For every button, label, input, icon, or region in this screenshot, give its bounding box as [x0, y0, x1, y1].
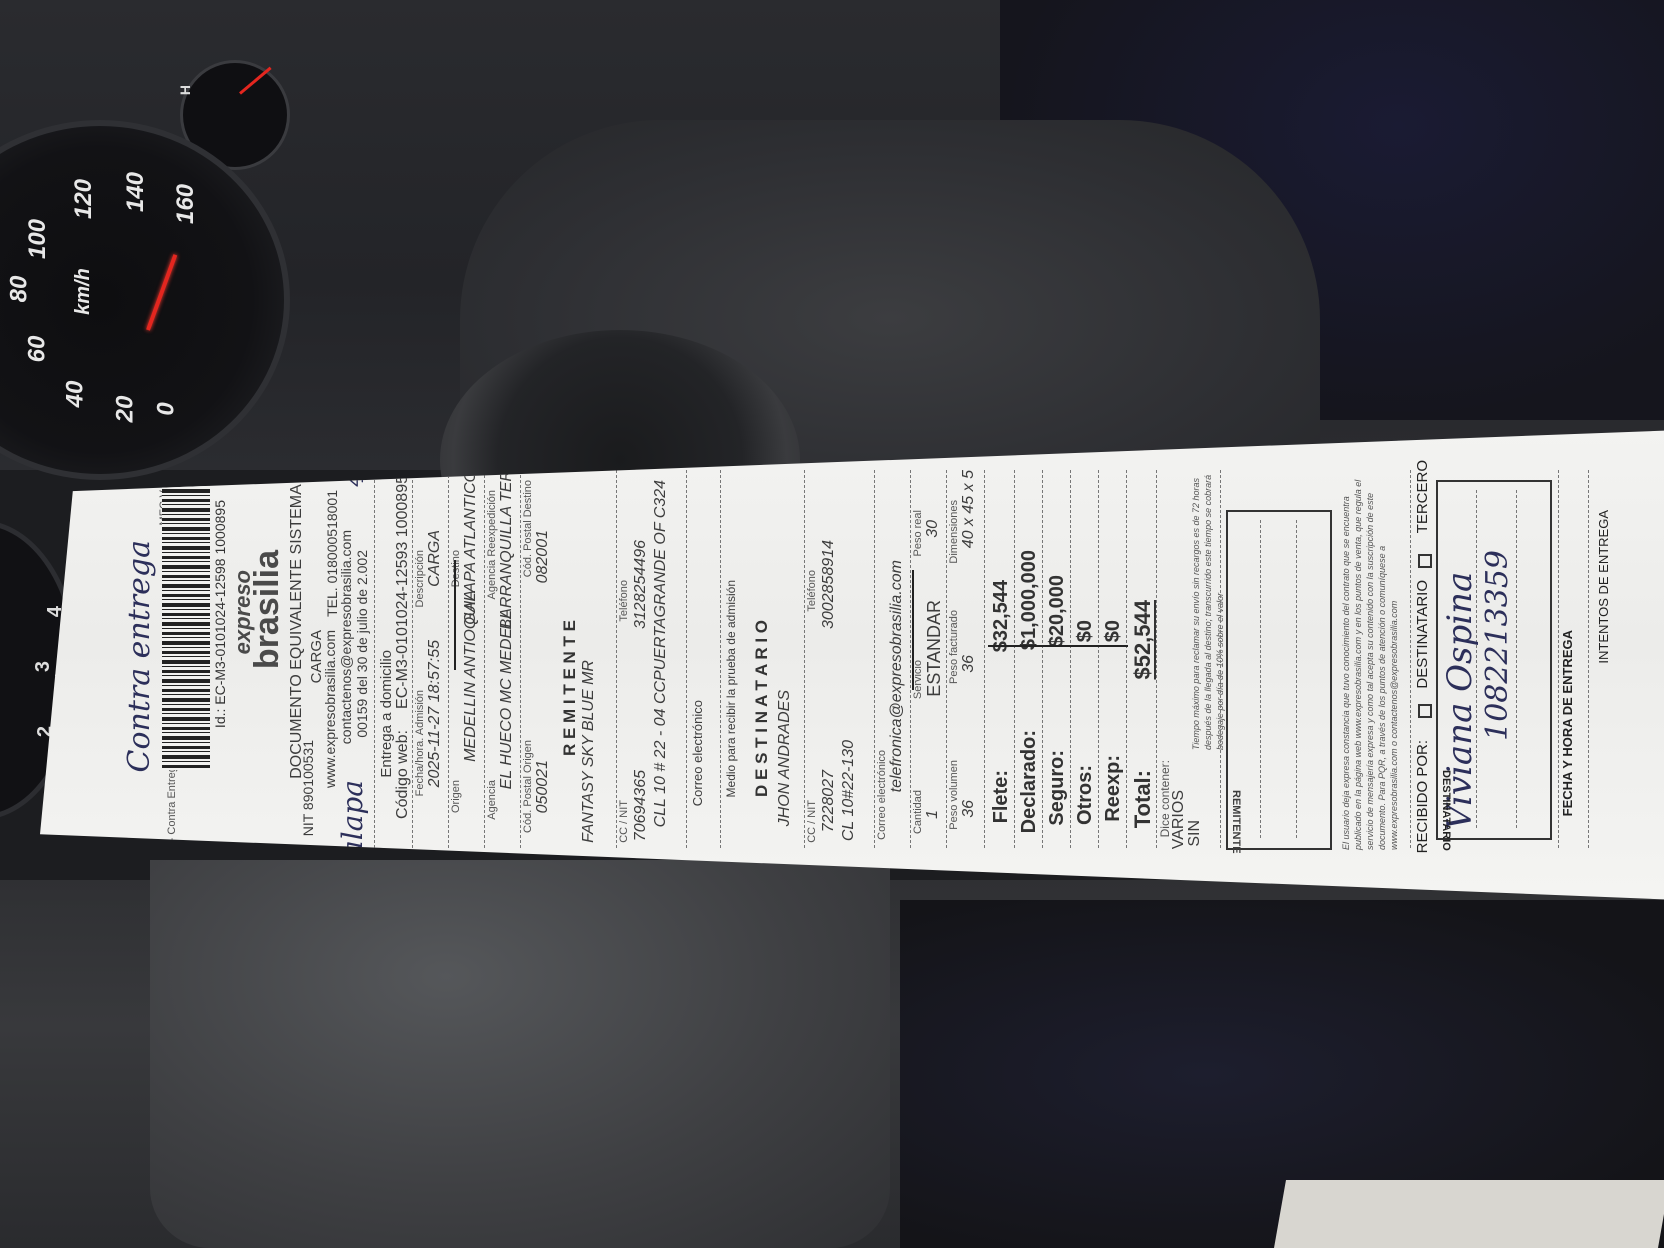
charge-value-insurance: $20,000	[1046, 575, 1069, 647]
proof-method-label: Medio para recibir la prueba de admisión	[724, 580, 738, 797]
divider	[484, 470, 485, 850]
quantity-label: Cantidad	[912, 790, 924, 834]
divider	[984, 470, 985, 850]
charges-divider	[988, 645, 1128, 647]
divider	[804, 470, 805, 850]
checkbox-recipient[interactable]	[1418, 704, 1432, 718]
tachometer-tick: 3	[32, 661, 55, 672]
sender-section-title: R E M I T E N T E	[560, 620, 580, 756]
sender-phone-label: Teléfono	[618, 580, 630, 622]
speedometer-tick: 140	[122, 172, 150, 212]
description-value: CARGA	[426, 530, 444, 587]
divider	[616, 470, 617, 850]
recipient-phone: 3002858914	[820, 540, 838, 629]
charge-label-total: Total:	[1130, 770, 1156, 828]
divider	[1126, 470, 1127, 850]
divider	[1014, 470, 1015, 850]
received-by-option-third-party: TERCERO	[1414, 460, 1431, 533]
sender-name: FANTASY SKY BLUE MR	[580, 660, 598, 843]
destination-label: Destino	[450, 550, 462, 587]
sender-id-label: CC / NIT	[618, 800, 630, 843]
billed-weight-value: 36	[960, 655, 978, 673]
real-weight-value: 30	[924, 520, 942, 538]
steering-wheel-lower	[150, 860, 890, 1248]
divider	[1588, 470, 1589, 850]
delivery-datetime-label: FECHA Y HORA DE ENTREGA	[1560, 630, 1575, 816]
dest-postal-value: 082001	[534, 530, 552, 583]
sender-address: CLL 10 # 22 - 04 CCPUERTAGRANDE OF C324	[652, 480, 670, 827]
dimensions-label: Dimensiones	[948, 500, 960, 564]
service-value: ESTANDAR	[924, 600, 945, 697]
divider	[686, 470, 687, 850]
barcode	[162, 480, 210, 770]
sender-email-label: Correo electrónico	[690, 700, 705, 806]
admission-label: Fecha/hora. Admisión	[414, 690, 426, 796]
divider	[1296, 520, 1297, 840]
charge-value-reship: $0	[1102, 620, 1125, 642]
fuel-gauge-mark: H	[177, 85, 193, 95]
company-website: www.expresobrasilia.com	[322, 630, 338, 788]
claims-notice: Tiempo máximo para reclamar su envío sin…	[1190, 460, 1218, 750]
paper-scrap	[1274, 1180, 1664, 1248]
document-title: DOCUMENTO EQUIVALENTE SISTEMA P	[288, 470, 306, 779]
reship-agency-value: BARRANQUILLA TER	[498, 470, 516, 629]
recipient-signature-label: DESTINATARIO	[1440, 770, 1452, 851]
received-by-option-recipient: DESTINATARIO	[1414, 580, 1431, 689]
origin-postal-value: 050021	[534, 760, 552, 813]
speedometer-tick: 40	[61, 381, 89, 408]
charge-label-freight: Flete:	[990, 770, 1013, 823]
quantity-value: 1	[924, 810, 942, 819]
divider	[1042, 470, 1043, 850]
company-resolution: 00159 del 30 de julio de 2.002	[354, 550, 370, 738]
brand-logo-brasilia: brasilia	[248, 550, 287, 669]
dest-postal-label: Cód. Postal Destino	[522, 480, 534, 577]
divider	[412, 470, 413, 850]
service-type-label: CE - Contra Entrega	[166, 760, 178, 860]
recipient-name: JHON ANDRADES	[776, 690, 794, 826]
speedometer-tick: 120	[70, 179, 98, 219]
handwritten-note-contra-entrega: Contra entrega	[122, 540, 157, 772]
divider-solid	[454, 560, 456, 670]
charge-label-declared: Declarado:	[1018, 730, 1041, 833]
recipient-address: CL 10#22-130	[840, 740, 858, 841]
destination-value: GALAPA ATLANTICO	[462, 470, 480, 625]
divider	[946, 470, 947, 850]
speedometer-tick: 100	[24, 219, 52, 259]
divider	[1098, 470, 1099, 850]
volume-weight-value: 36	[960, 800, 978, 818]
admission-datetime: 2025-11-27 18:57:55	[426, 640, 444, 787]
charge-label-reship: Reexp:	[1102, 755, 1125, 822]
divider	[1260, 520, 1261, 840]
divider	[720, 470, 721, 850]
origin-label: Origen	[450, 780, 462, 813]
charge-label-insurance: Seguro:	[1046, 750, 1069, 826]
speedometer-tick: 0	[153, 402, 181, 415]
terms-notice: El usuario deja expresa constancia que t…	[1340, 460, 1400, 850]
sender-signature-label: REMITENTE	[1230, 790, 1242, 854]
charge-value-other: $0	[1074, 620, 1097, 642]
company-nit: NIT 890100531	[300, 740, 316, 836]
recipient-phone-label: Teléfono	[806, 570, 818, 612]
divider-solid	[912, 570, 914, 690]
recipient-id: 7228027	[820, 770, 838, 832]
speedometer-tick: 160	[172, 184, 200, 224]
description-label: Descripción	[414, 550, 426, 607]
dimensions-value: 40 x 45 x 5	[960, 470, 978, 548]
sender-phone: 3128254496	[632, 540, 650, 629]
divider	[1558, 470, 1559, 850]
web-code-label: Código web:	[394, 730, 412, 819]
company-email: contactenos@expresobrasilia.com	[338, 530, 354, 744]
billed-weight-label: Peso facturado	[948, 610, 960, 684]
barcode-id: Id.: EC-M3-0101024-12598 1000895	[212, 500, 228, 728]
contents-line2: SIN	[1186, 820, 1204, 847]
sender-id: 70694365	[632, 770, 650, 841]
checkbox-third-party[interactable]	[1418, 554, 1432, 568]
speedometer-tick: 60	[23, 336, 51, 363]
speedometer-unit: km/h	[72, 268, 95, 315]
divider	[448, 470, 449, 850]
shipping-receipt: Contra entrega CE - Contra Entrega MEC-V…	[40, 430, 1664, 900]
divider	[520, 470, 521, 850]
charge-value-declared: $1,000,000	[1018, 550, 1041, 650]
recipient-email-label: Correo electrónico	[876, 750, 888, 840]
origin-postal-label: Cód. Postal Origen	[522, 740, 534, 833]
real-weight-label: Peso real	[912, 510, 924, 556]
divider	[1516, 490, 1517, 830]
charge-value-total: $52,544	[1130, 600, 1156, 680]
charge-value-freight: $32,544	[990, 580, 1013, 652]
recipient-id-label: CC / NIT	[806, 800, 818, 843]
received-by-label: RECIBIDO POR:	[1414, 740, 1431, 853]
agency-value: EL HUECO MC MEDELL	[498, 610, 516, 789]
speedometer-tick: 80	[5, 276, 33, 303]
divider	[374, 470, 375, 850]
agency-label: Agencia	[486, 780, 498, 820]
recipient-email: telefronica@expresobrasilia.com	[888, 560, 906, 792]
recipient-section-title: D E S T I N A T A R I O	[752, 620, 772, 797]
volume-weight-label: Peso volumen	[948, 760, 960, 830]
divider	[910, 470, 911, 850]
delivery-attempts-label: INTENTOS DE ENTREGA	[1596, 510, 1611, 664]
handwritten-receiver-id: 1082213359	[1480, 550, 1515, 741]
divider	[874, 470, 875, 850]
reship-agency-label: Agencia Reexpedición	[486, 490, 498, 599]
divider	[1070, 470, 1071, 850]
handwritten-number: 4	[340, 470, 370, 487]
divider	[1156, 470, 1157, 850]
divider	[1410, 470, 1411, 850]
web-code: EC-M3-0101024-12593 1000895	[394, 475, 412, 709]
divider	[1220, 470, 1221, 850]
delivery-mode: Entrega a domicilio	[378, 650, 395, 778]
speedometer-tick: 20	[111, 396, 139, 423]
charge-label-other: Otros:	[1074, 765, 1097, 825]
